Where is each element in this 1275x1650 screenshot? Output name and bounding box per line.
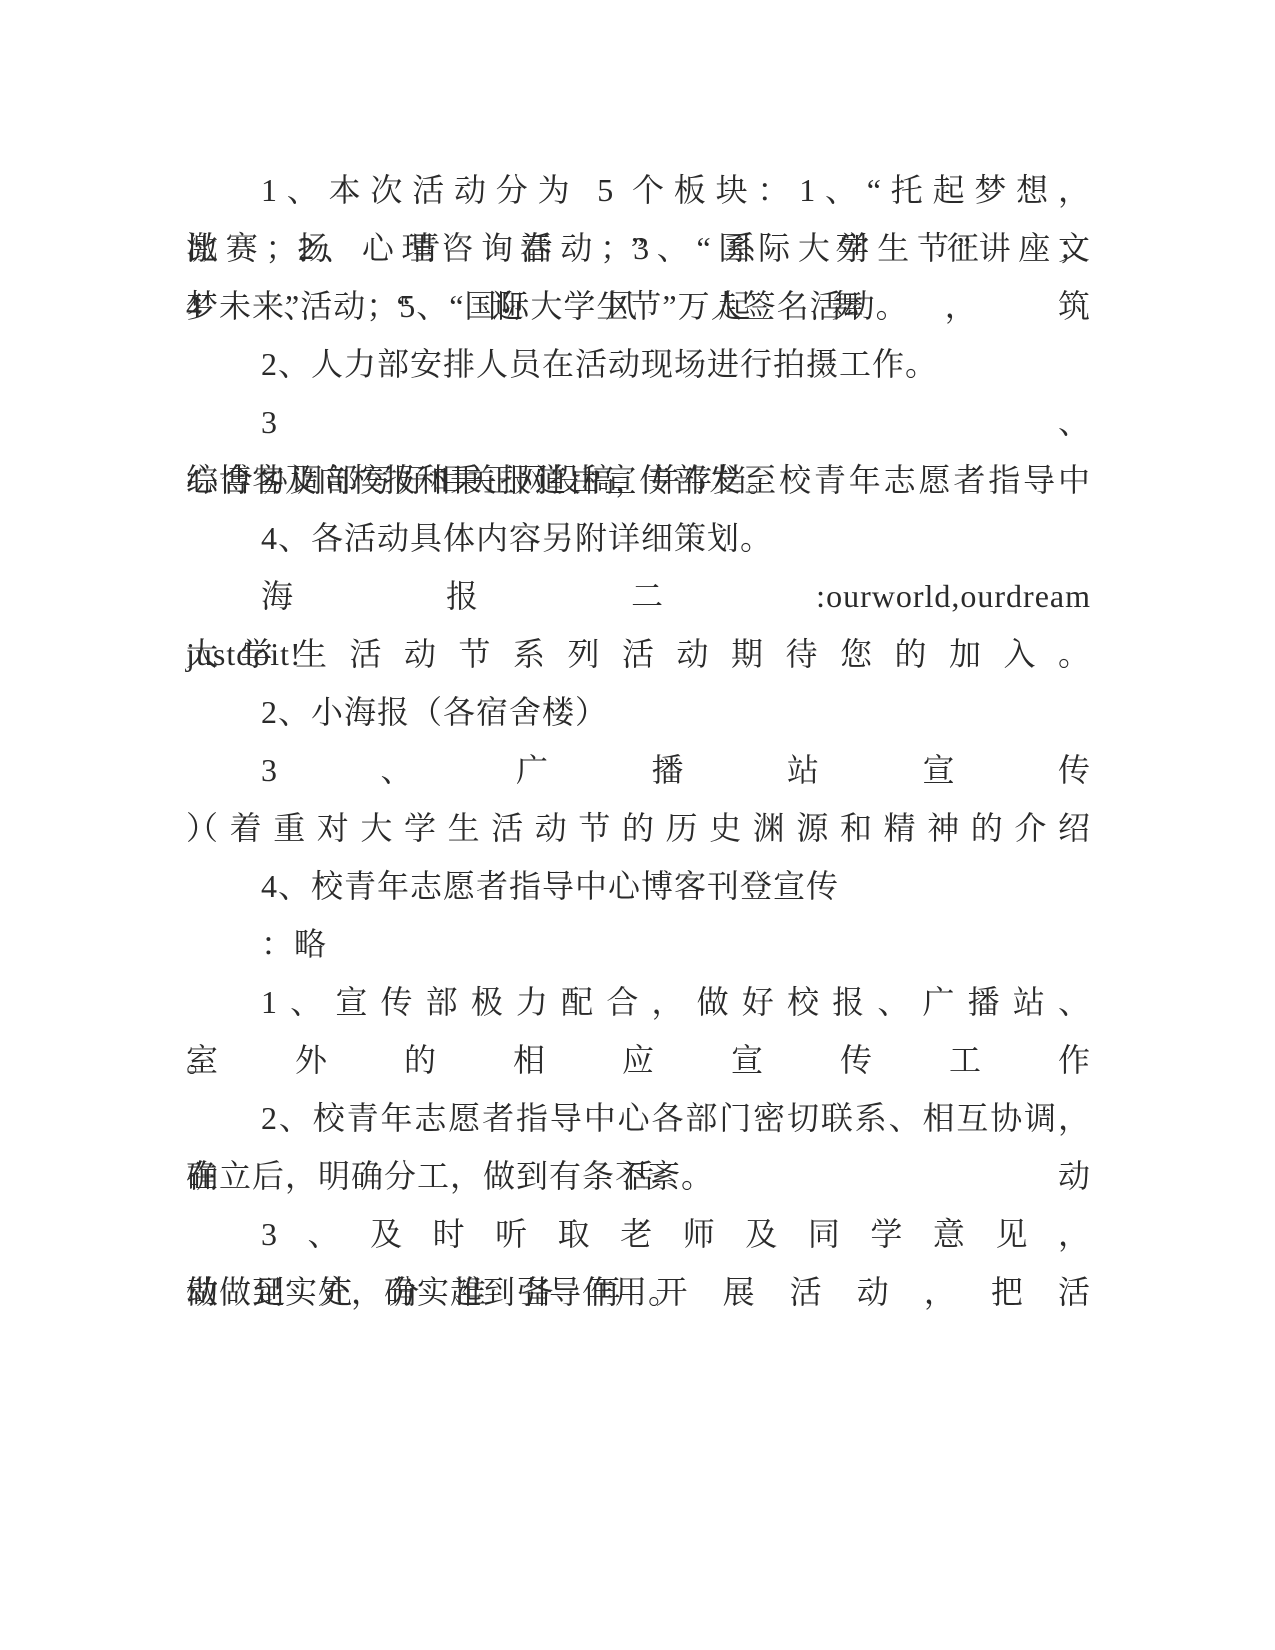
text-line: 1、本次活动分为 5 个板块：1、“托起梦想，激扬青春”系列征文 [186, 161, 1091, 219]
text-line: 海报二:ourworld,ourdream 大学生活动节系列活动期待您的加入。 [186, 567, 1091, 625]
text-line: 4、校青年志愿者指导中心博客刊登宣传 [186, 857, 1091, 915]
text-line: 2、小海报（各宿舍楼） [186, 683, 1091, 741]
text-line: 2、校青年志愿者指导中心各部门密切联系、相互协调，在活动 [186, 1089, 1091, 1147]
text-line: 3、及时听取老师及同学意见，做足充分准备再开展活动，把活 [186, 1205, 1091, 1263]
text-line: 3、综合协调部写好相关报道由宣传部发至校青年志愿者指导中 [186, 393, 1091, 451]
text-line: 2、人力部安排人员在活动现场进行拍摄工作。 [186, 335, 1091, 393]
text-line: 3、广播站宣传（着重对大学生活动节的历史渊源和精神的介绍 [186, 741, 1091, 799]
document-page: 1、本次活动分为 5 个板块：1、“托起梦想，激扬青春”系列征文比赛；2、心理咨… [0, 0, 1275, 1650]
text-line: ：略 [186, 915, 1091, 973]
text-line: 1、宣传部极力配合，做好校报、广播站、室外的相应宣传工作 [186, 973, 1091, 1031]
document-body: 1、本次活动分为 5 个板块：1、“托起梦想，激扬青春”系列征文比赛；2、心理咨… [186, 161, 1091, 1321]
text-line: 比赛；2、心理咨询活动；3、“国际大学生节”讲座；4、“迎风起舞，筑 [186, 219, 1091, 277]
text-line: 4、各活动具体内容另附详细策划。 [186, 509, 1091, 567]
